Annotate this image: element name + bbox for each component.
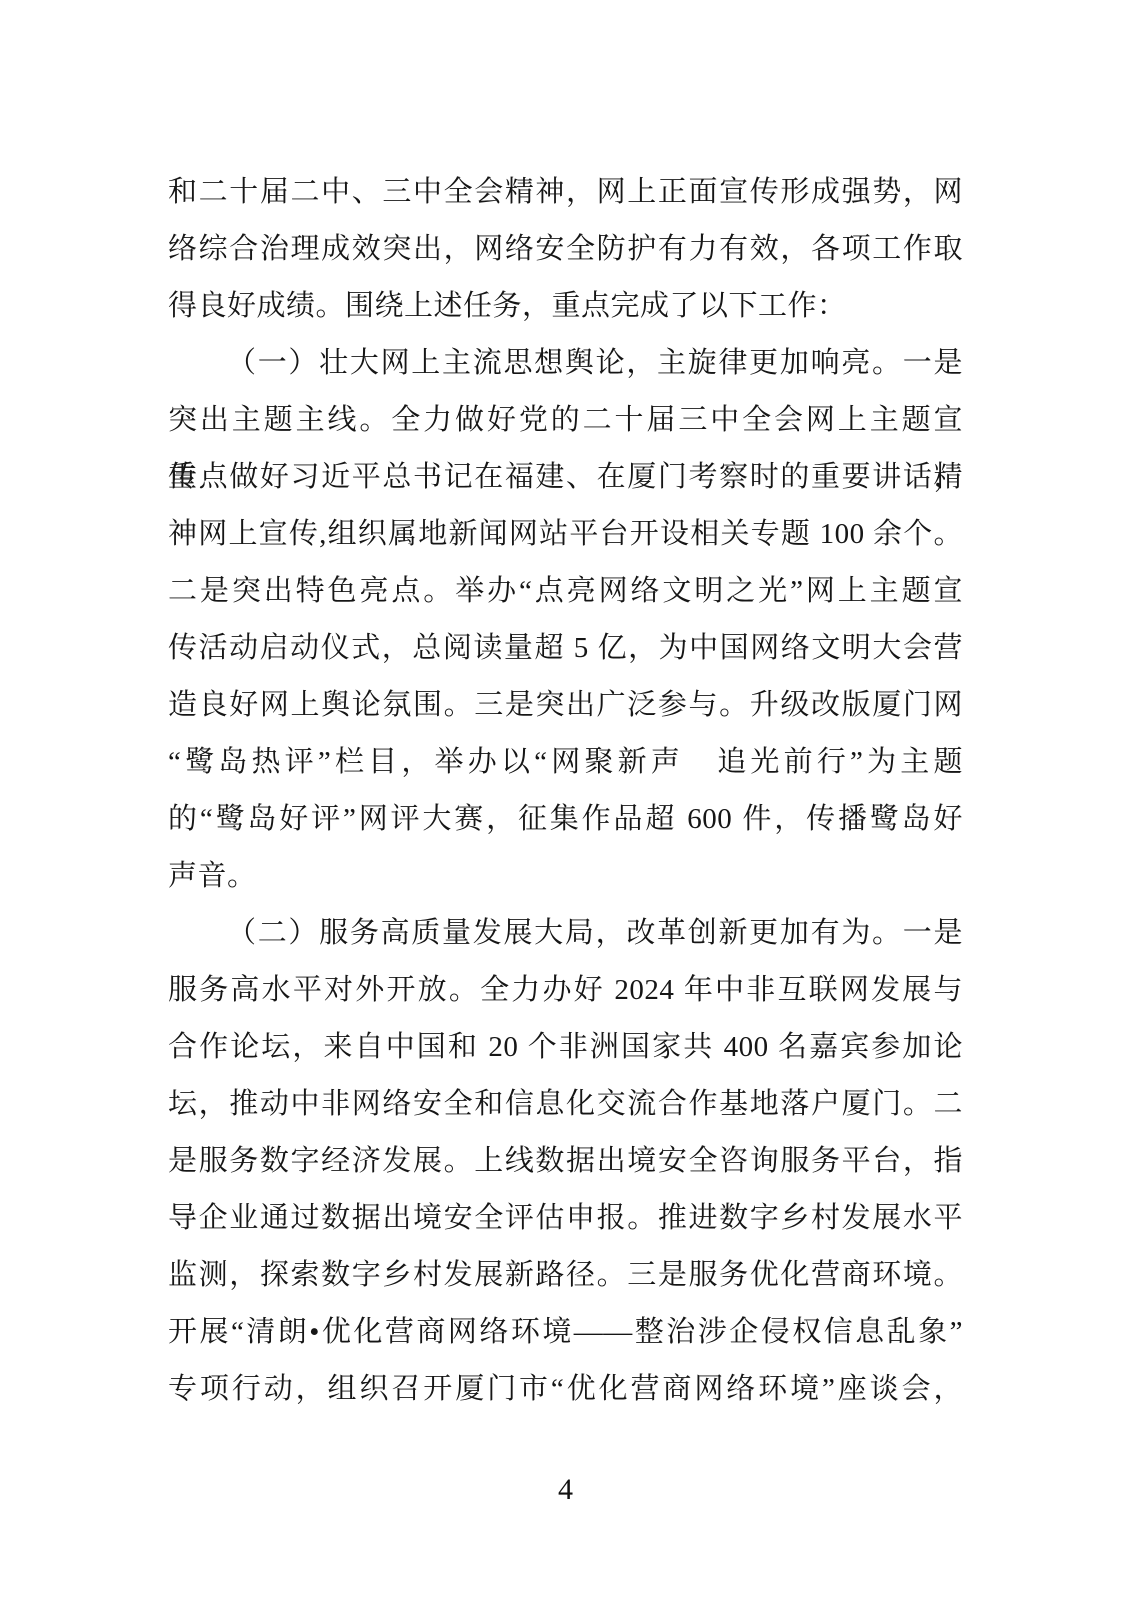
text-line-7: 神网上宣传,组织属地新闻网站平台开设相关专题 100 余个。 [168, 506, 963, 563]
text-line-15: 服务高水平对外开放。全力办好 2024 年中非互联网发展与 [168, 962, 963, 1019]
text-line-17: 坛，推动中非网络安全和信息化交流合作基地落户厦门。二 [168, 1076, 963, 1133]
text-line-5: 突出主题主线。全力做好党的二十届三中全会网上主题宣传， [168, 392, 963, 449]
document-page: 和二十届二中、三中全会精神，网上正面宣传形成强势，网络综合治理成效突出，网络安全… [0, 0, 1131, 1600]
text-line-4: （一）壮大网上主流思想舆论，主旋律更加响亮。一是 [168, 335, 963, 392]
text-line-21: 开展“清朗•优化营商网络环境——整治涉企侵权信息乱象” [168, 1304, 963, 1361]
text-line-6: 重点做好习近平总书记在福建、在厦门考察时的重要讲话精 [168, 449, 963, 506]
text-line-22: 专项行动，组织召开厦门市“优化营商网络环境”座谈会， [168, 1361, 963, 1418]
text-line-8: 二是突出特色亮点。举办“点亮网络文明之光”网上主题宣 [168, 563, 963, 620]
page-number: 4 [0, 1468, 1131, 1512]
text-line-2: 络综合治理成效突出，网络安全防护有力有效，各项工作取 [168, 221, 963, 278]
text-line-9: 传活动启动仪式，总阅读量超 5 亿，为中国网络文明大会营 [168, 620, 963, 677]
text-line-20: 监测，探索数字乡村发展新路径。三是服务优化营商环境。 [168, 1247, 963, 1304]
text-line-18: 是服务数字经济发展。上线数据出境安全咨询服务平台，指 [168, 1133, 963, 1190]
text-line-1: 和二十届二中、三中全会精神，网上正面宣传形成强势，网 [168, 164, 963, 221]
text-line-11: “鹭岛热评”栏目，举办以“网聚新声 追光前行”为主题 [168, 734, 963, 791]
text-line-14: （二）服务高质量发展大局，改革创新更加有为。一是 [168, 905, 963, 962]
text-line-10: 造良好网上舆论氛围。三是突出广泛参与。升级改版厦门网 [168, 677, 963, 734]
document-body: 和二十届二中、三中全会精神，网上正面宣传形成强势，网络综合治理成效突出，网络安全… [168, 164, 963, 1418]
text-line-19: 导企业通过数据出境安全评估申报。推进数字乡村发展水平 [168, 1190, 963, 1247]
text-line-12: 的“鹭岛好评”网评大赛，征集作品超 600 件，传播鹭岛好 [168, 791, 963, 848]
text-line-13: 声音。 [168, 848, 963, 905]
text-line-3: 得良好成绩。围绕上述任务，重点完成了以下工作： [168, 278, 963, 335]
text-line-16: 合作论坛，来自中国和 20 个非洲国家共 400 名嘉宾参加论 [168, 1019, 963, 1076]
